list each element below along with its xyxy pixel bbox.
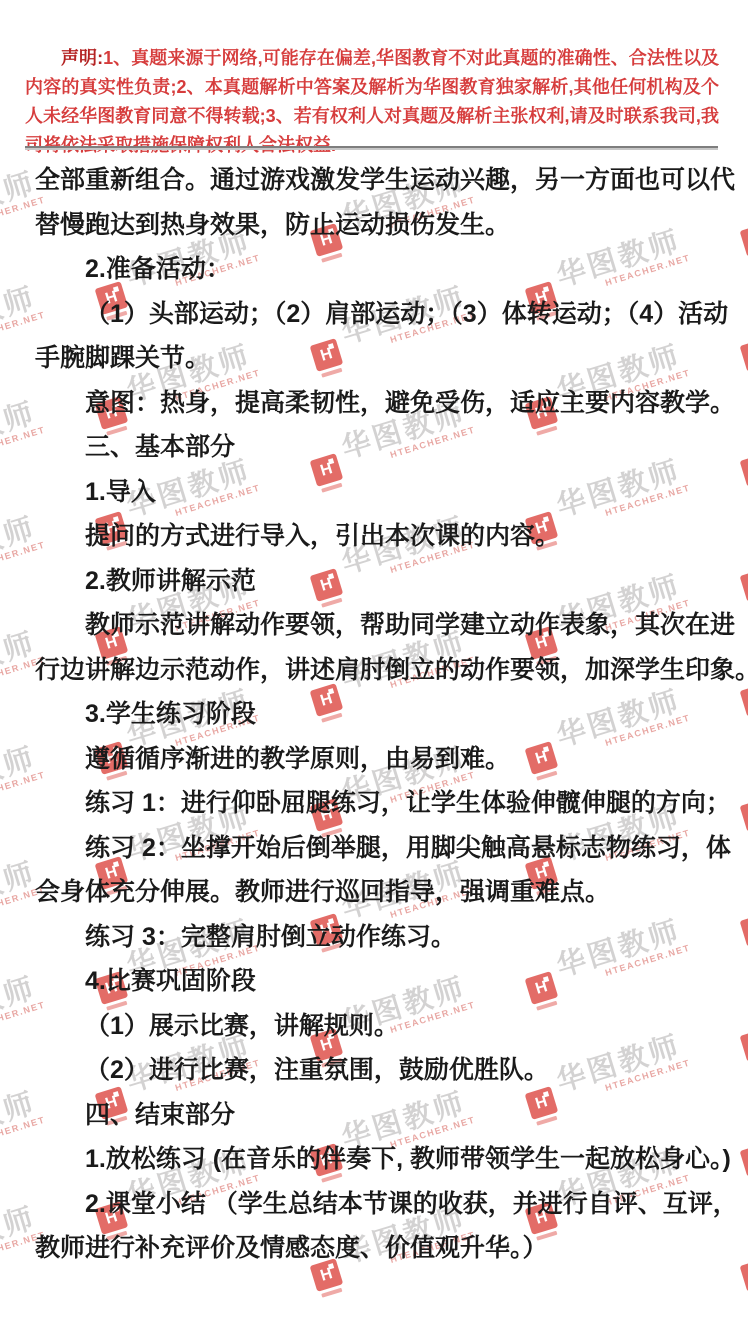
- disclaimer-label: 声明:: [61, 48, 103, 68]
- text-line: 提问的方式进行导入，引出本次课的内容。: [0, 514, 748, 559]
- text-line: 2.准备活动：: [0, 247, 748, 292]
- text-line: 2.课堂小结 （学生总结本节课的收获，并进行自评、互评，: [0, 1182, 748, 1227]
- separator-line: [25, 146, 718, 150]
- text-line: 替慢跑达到热身效果，防止运动损伤发生。: [0, 203, 748, 248]
- text-line: 4.比赛巩固阶段: [0, 959, 748, 1004]
- disclaimer-notice: 声明:1、真题来源于网络,可能存在偏差,华图教育不对此真题的准确性、合法性以及内…: [25, 44, 719, 160]
- document-page: H华图教师HTEACHER.NETH华图教师HTEACHER.NETH华图教师H…: [0, 0, 748, 1335]
- text-line: 1.导入: [0, 470, 748, 515]
- document-body: 全部重新组合。通过游戏激发学生运动兴趣，另一方面也可以代替慢跑达到热身效果，防止…: [0, 158, 748, 1271]
- text-line: 2.教师讲解示范: [0, 559, 748, 604]
- section-heading: 四、结束部分: [0, 1093, 748, 1138]
- text-line: 教师示范讲解动作要领，帮助同学建立动作表象，其次在进: [0, 603, 748, 648]
- text-line: （1）展示比赛，讲解规则。: [0, 1004, 748, 1049]
- text-line: 会身体充分伸展。教师进行巡回指导，强调重难点。: [0, 870, 748, 915]
- text-line: 练习 1：进行仰卧屈腿练习，让学生体验伸髋伸腿的方向；: [0, 781, 748, 826]
- text-line: （1）头部运动；（2）肩部运动；（3）体转运动；（4）活动: [0, 292, 748, 337]
- text-line: 行边讲解边示范动作，讲述肩肘倒立的动作要领，加深学生印象。: [0, 648, 748, 693]
- text-line: 练习 3：完整肩肘倒立动作练习。: [0, 915, 748, 960]
- text-line: 遵循循序渐进的教学原则，由易到难。: [0, 737, 748, 782]
- text-line: 练习 2：坐撑开始后倒举腿，用脚尖触高悬标志物练习，体: [0, 826, 748, 871]
- text-line: 3.学生练习阶段: [0, 692, 748, 737]
- text-line: （2）进行比赛，注重氛围，鼓励优胜队。: [0, 1048, 748, 1093]
- text-line: 意图：热身，提高柔韧性，避免受伤，适应主要内容教学。: [0, 381, 748, 426]
- text-line: 手腕脚踝关节。: [0, 336, 748, 381]
- text-line: 教师进行补充评价及情感态度、价值观升华。）: [0, 1226, 748, 1271]
- text-line: 1.放松练习 (在音乐的伴奏下, 教师带领学生一起放松身心。): [0, 1137, 748, 1182]
- text-line: 全部重新组合。通过游戏激发学生运动兴趣，另一方面也可以代: [0, 158, 748, 203]
- disclaimer-text: 1、真题来源于网络,可能存在偏差,华图教育不对此真题的准确性、合法性以及内容的真…: [25, 48, 719, 155]
- section-heading: 三、基本部分: [0, 425, 748, 470]
